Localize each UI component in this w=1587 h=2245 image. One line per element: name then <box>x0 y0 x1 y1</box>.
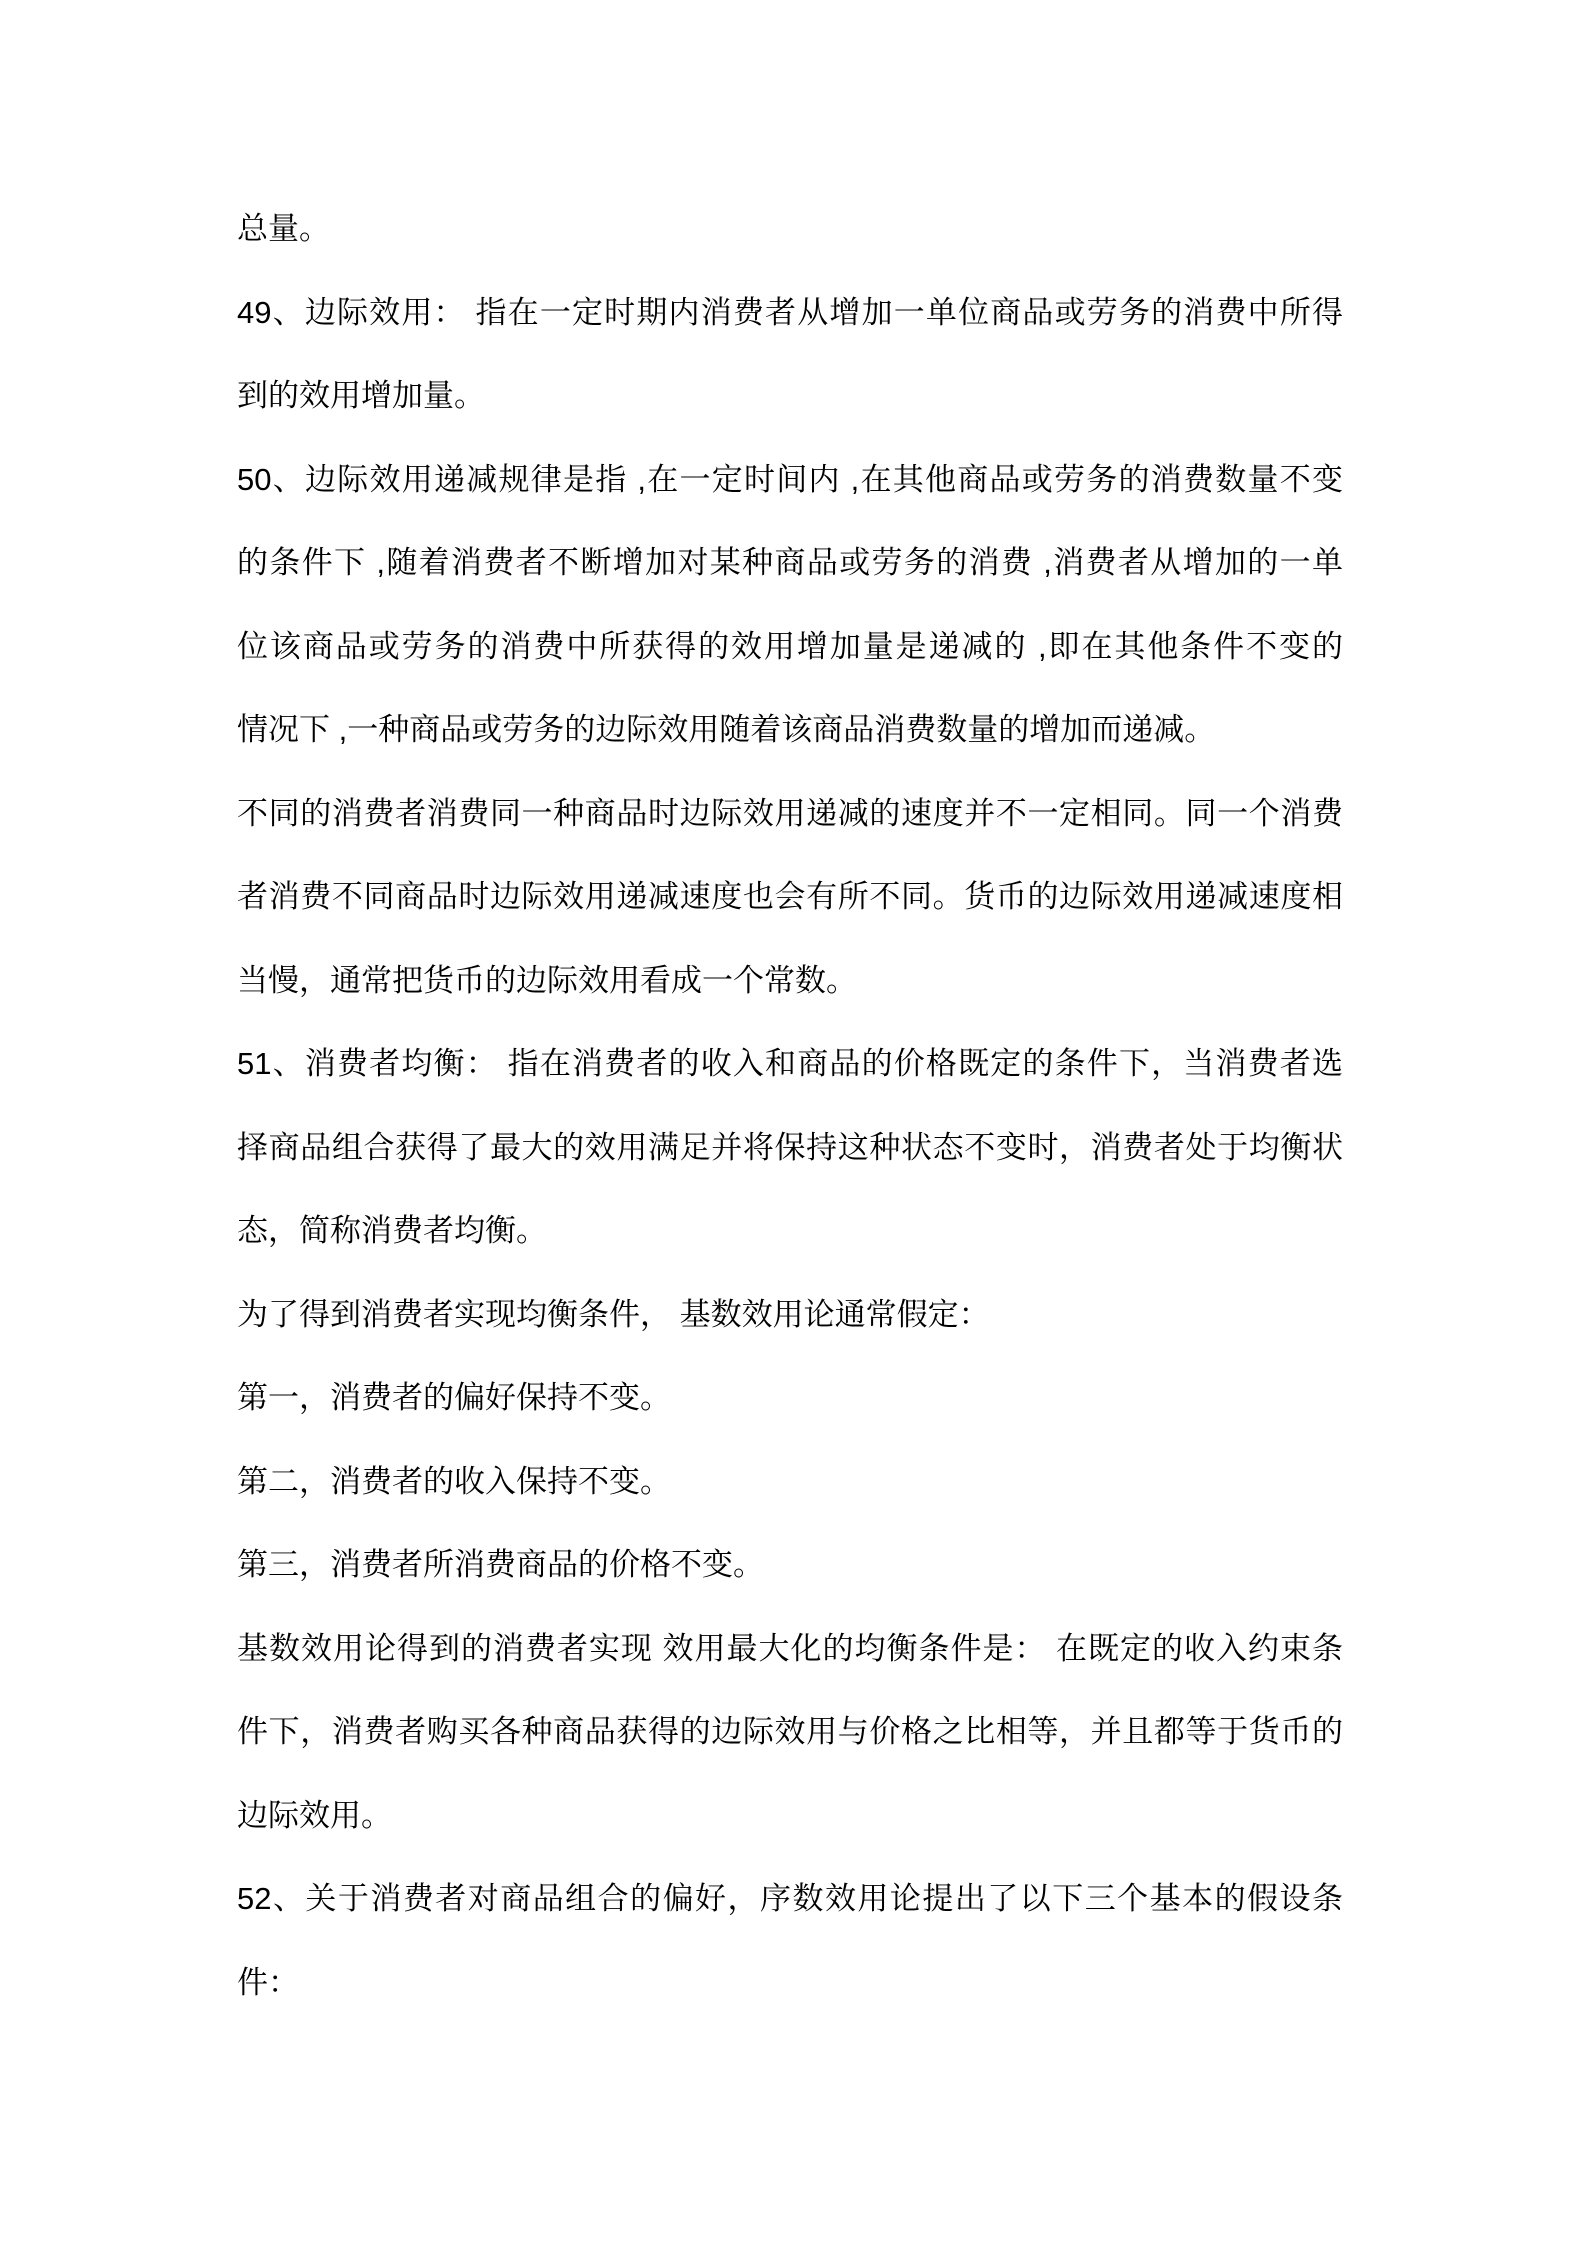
text-line: 不同的消费者消费同一种商品时边际效用递减的速度并不一定相同。同一个消费 <box>237 772 1343 856</box>
text-line: 情况下 ,一种商品或劳务的边际效用随着该商品消费数量的增加而递减。 <box>237 688 1343 772</box>
text-line: 件： <box>237 1941 1343 2025</box>
text-line: 件下，消费者购买各种商品获得的边际效用与价格之比相等，并且都等于货币的 <box>237 1690 1343 1774</box>
text-line: 第一，消费者的偏好保持不变。 <box>237 1356 1343 1440</box>
text-line: 的条件下 ,随着消费者不断增加对某种商品或劳务的消费 ,消费者从增加的一单 <box>237 521 1343 605</box>
text-line: 到的效用增加量。 <box>237 354 1343 438</box>
document-page: 总量。 49、边际效用： 指在一定时期内消费者从增加一单位商品或劳务的消费中所得… <box>0 0 1587 2245</box>
text-line: 第三，消费者所消费商品的价格不变。 <box>237 1523 1343 1607</box>
document-text-block: 总量。 49、边际效用： 指在一定时期内消费者从增加一单位商品或劳务的消费中所得… <box>237 187 1343 2024</box>
text-line: 当慢，通常把货币的边际效用看成一个常数。 <box>237 939 1343 1023</box>
text-line: 52、关于消费者对商品组合的偏好，序数效用论提出了以下三个基本的假设条 <box>237 1857 1343 1941</box>
text-line: 总量。 <box>237 187 1343 271</box>
text-line: 者消费不同商品时边际效用递减速度也会有所不同。货币的边际效用递减速度相 <box>237 855 1343 939</box>
text-line: 基数效用论得到的消费者实现 效用最大化的均衡条件是： 在既定的收入约束条 <box>237 1607 1343 1691</box>
text-line: 为了得到消费者实现均衡条件， 基数效用论通常假定： <box>237 1273 1343 1357</box>
text-line: 边际效用。 <box>237 1774 1343 1858</box>
text-line: 50、边际效用递减规律是指 ,在一定时间内 ,在其他商品或劳务的消费数量不变 <box>237 438 1343 522</box>
text-line: 择商品组合获得了最大的效用满足并将保持这种状态不变时，消费者处于均衡状 <box>237 1106 1343 1190</box>
text-line: 态，简称消费者均衡。 <box>237 1189 1343 1273</box>
text-line: 位该商品或劳务的消费中所获得的效用增加量是递减的 ,即在其他条件不变的 <box>237 605 1343 689</box>
text-line: 第二，消费者的收入保持不变。 <box>237 1440 1343 1524</box>
text-line: 51、消费者均衡： 指在消费者的收入和商品的价格既定的条件下，当消费者选 <box>237 1022 1343 1106</box>
text-line: 49、边际效用： 指在一定时期内消费者从增加一单位商品或劳务的消费中所得 <box>237 271 1343 355</box>
